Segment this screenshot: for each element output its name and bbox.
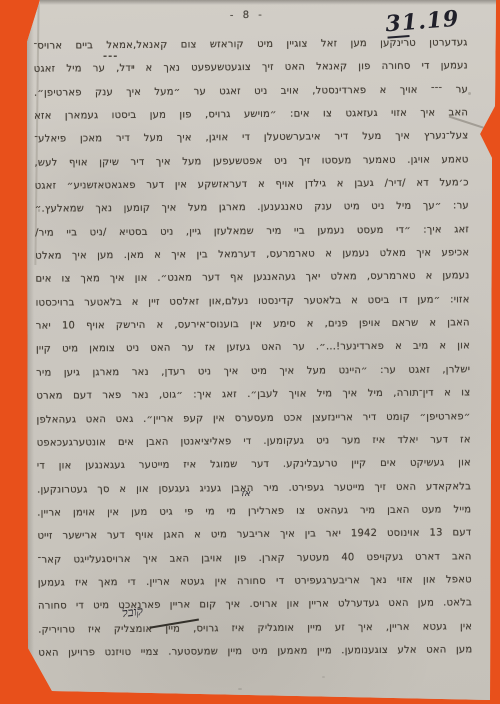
text-line: אזוי: ״מען דו ביסט א בלאטער קדינסטו נעלם… bbox=[36, 288, 470, 315]
scan-background: - 8 - 31.19 --- געדערטן טרינקען מען זאל … bbox=[0, 0, 500, 704]
text-line: און א מיב א פארדינער!...״. ער האט געזען … bbox=[36, 335, 470, 362]
text-line: נעמען א טארמרעס, מאלט יאך געהאנגען אף דע… bbox=[35, 265, 469, 292]
text-line: דעם 13 אוינוסט 1942 יאר בין איך אריבער מ… bbox=[37, 521, 471, 548]
text-line: האבן א שראם אויפן פנים, א סימע אין בוענו… bbox=[36, 311, 470, 338]
text-line: אכיפע איך מאלט נעמען א טארמרעס, דערמאל ב… bbox=[35, 241, 469, 268]
text-line: מייל מעט האבן מיר געהאט צו פארלירן מי מי… bbox=[37, 498, 471, 525]
text-line: אז דער יאלד איז מער ניט געקומען. די פאלי… bbox=[37, 428, 471, 455]
handwritten-correction-word: קובל bbox=[121, 604, 143, 621]
text-line: בלאט. מען האט געדערלט אריין און ארויס. א… bbox=[38, 592, 472, 619]
text-line: ער ־־־ אויך א פארדינסטל, אויב ניט זאגט ע… bbox=[34, 78, 468, 105]
typed-text-block: געדערטן טרינקען מען זאל צוגיין מיט קוראז… bbox=[34, 31, 473, 665]
text-line: כ׳מעל דא /דיר/ געבן א גילדן אויף א דעראז… bbox=[35, 171, 469, 198]
text-line: האב איך אזוי געזאגט צו אים: ״מוישע גרויס… bbox=[34, 101, 468, 128]
text-line: ״פארטיפן״ קומט דיר אריינזעצן אכט מעסערס … bbox=[36, 405, 470, 432]
paper-page: - 8 - 31.19 --- געדערטן טרינקען מען זאל … bbox=[0, 0, 500, 704]
text-line: צו א דין־תורה, מיל איך מיל אויך לעבן״. ז… bbox=[36, 381, 470, 408]
text-line: נעמען די סחורה פון קאנאל האט זיך צוגעטשע… bbox=[34, 55, 468, 82]
text-line: ישלרן, זאגט ער: ״היינט מעל איך מיט איך נ… bbox=[36, 358, 470, 385]
text-line: אין געטא אריין, איך זע מיין אומגליק איז … bbox=[38, 615, 472, 642]
text-line: און געשיקט אים קיין טרעבלינקע. דער שמוגל… bbox=[37, 451, 471, 478]
text-line: ער: ״עך מיל ניט מיט ענק טאנגענען. מארגן … bbox=[35, 195, 469, 222]
text-line: טאמע אויגן. טאמער מעסטו זיך ניט אפטשעפען… bbox=[34, 148, 468, 175]
text-line: זאג איך: ״די מעסט נעמען ביי מיר שמאלעזן … bbox=[35, 218, 469, 245]
text-line: בלאקאדע האט זיך מייטער געפירט. מיר האבן … bbox=[37, 475, 471, 502]
inserted-word-handwritten: אז bbox=[241, 489, 250, 499]
page-number: - 8 - bbox=[219, 10, 275, 21]
text-line: געדערטן טרינקען מען זאל צוגיין מיט קוראז… bbox=[34, 31, 468, 58]
page-content: - 8 - 31.19 --- געדערטן טרינקען מען זאל … bbox=[0, 0, 500, 704]
text-line: טאפל און אזוי נאך אריבערגעפירט די סחורה … bbox=[38, 568, 472, 595]
text-line: מען האט אלע צוגענומען. מיין מאמען מיט מי… bbox=[38, 638, 472, 665]
text-line: צעל־נערץ איך מעל דיר איבערשטעלן די אויגן… bbox=[34, 125, 468, 152]
text-line: האב דארט געקויפט 40 מעטער קארן. פון אויב… bbox=[38, 545, 472, 572]
